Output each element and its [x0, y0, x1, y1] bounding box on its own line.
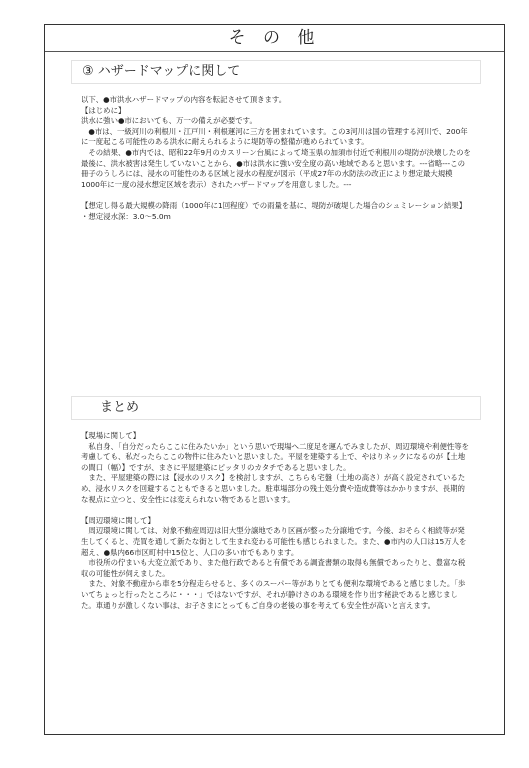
paragraph: 周辺環境に関しては、対象不動産周辺は旧大型分譲地であり区画が整った分譲地です。今… [81, 526, 471, 558]
document-frame: そ の 他 ③ ハザードマップに関して 以下、●市洪水ハザードマップの内容を転記… [44, 24, 505, 735]
paragraph: また、平屋建築の際には【浸水のリスク】を検討しますが、こちらも宅盤（土地の高さ）… [81, 473, 471, 505]
paragraph-heading: 【想定し得る最大規模の降雨（1000年に1回程度）での雨量を基に、堤防が破堤した… [81, 201, 471, 212]
summary-section-heading: まとめ [71, 396, 481, 420]
paragraph: また、対象不動産から車を5分程走らせると、多くのスーパー等がありとても便利な環境… [81, 579, 471, 611]
paragraph: 以下、●市洪水ハザードマップの内容を転記させて頂きます。 [81, 95, 471, 106]
spacer [81, 505, 471, 516]
paragraph: その結果、●市内では、昭和22年9月のカスリーン台風によって埼玉県の加須市付近で… [81, 148, 471, 190]
paragraph: 市役所の佇まいも大変立派であり、また他行政であると有償である調査書類の取得も無償… [81, 558, 471, 579]
summary-section-body: 【現場に関して】 私自身、「自分だったらここに住みたいか」という思いで現場へ二度… [81, 431, 471, 611]
hazard-map-section-heading: ③ ハザードマップに関して [71, 60, 481, 84]
paragraph-heading: 【現場に関して】 [81, 431, 471, 442]
paragraph-heading: 【周辺環境に関して】 [81, 516, 471, 527]
spacer [81, 190, 471, 201]
paragraph: 私自身、「自分だったらここに住みたいか」という思いで現場へ二度足を運んでみました… [81, 442, 471, 474]
paragraph-heading: 【はじめに】 [81, 106, 471, 117]
page-title: そ の 他 [45, 25, 504, 52]
paragraph: ●市は、一級河川の利根川・江戸川・利根運河に三方を囲まれています。この3河川は国… [81, 127, 471, 148]
paragraph: 洪水に強い●市においても、万一の備えが必要です。 [81, 116, 471, 127]
flood-depth-value: ・想定浸水深：3.0～5.0m [81, 212, 471, 223]
hazard-map-section-body: 以下、●市洪水ハザードマップの内容を転記させて頂きます。 【はじめに】 洪水に強… [81, 95, 471, 222]
